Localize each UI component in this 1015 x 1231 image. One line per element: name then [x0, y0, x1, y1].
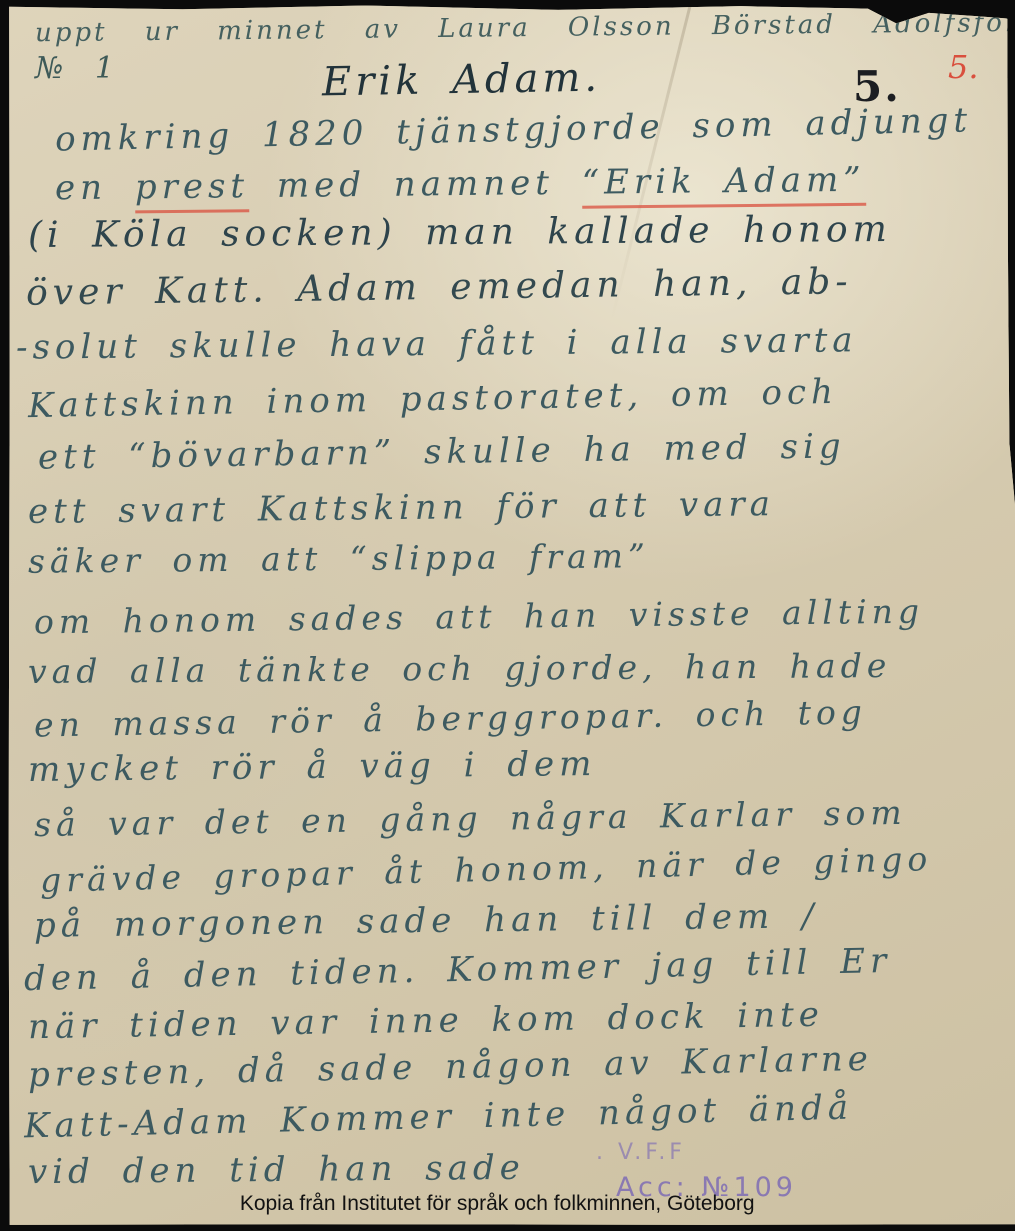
record-number: № 1 [35, 52, 119, 85]
text-segment: grävde gropar åt honom, när de gingo [40, 839, 933, 900]
text-segment: omkring 1820 tjänstgjorde som adjungt [55, 100, 973, 159]
manuscript-line: grävde gropar åt honom, när de gingo [40, 841, 933, 899]
text-segment: säker om att “slippa fram” [28, 536, 650, 580]
scanned-manuscript-page: uppt ur minnet av Laura Olsson Börstad A… [0, 0, 1015, 1231]
manuscript-line: en massa rör å berggropar. och tog [34, 694, 867, 743]
manuscript-line: ett “bövarbarn” skulle ha med sig [38, 428, 846, 477]
text-segment: med namnet [249, 163, 582, 206]
page-number-red: 5. [948, 48, 979, 86]
text-segment: den å den tiden. Kommer jag till Er [24, 941, 892, 999]
attribution-line: uppt ur minnet av Laura Olsson Börstad A… [35, 9, 1015, 48]
text-segment: Kattskinn inom pastoratet, om och [28, 372, 839, 426]
manuscript-line: om honom sades att han visste allting [34, 594, 924, 641]
text-segment: en [55, 167, 135, 208]
text-segment: ett svart Kattskinn för att vara [28, 484, 775, 532]
manuscript-line: mycket rör å väg i dem [28, 746, 597, 789]
copy-caption: Kopia från Institutet för språk och folk… [240, 1192, 755, 1216]
text-segment: så var det en gång några Karlar som [34, 793, 907, 844]
manuscript-line: Katt-Adam Kommer inte något ändå [24, 1090, 854, 1146]
manuscript-line: en prest med namnet “Erik Adam” [55, 162, 866, 208]
manuscript-line: (i Köla socken) man kallade honom [28, 210, 892, 256]
text-segment: (i Köla socken) man kallade honom [28, 209, 892, 256]
text-segment: -solut skulle hava fått i alla svarta [16, 320, 858, 367]
text-segment: på morgonen sade han till dem / [34, 896, 819, 946]
text-segment: om honom sades att han visste allting [34, 592, 924, 642]
red-underlined-text: prest [135, 166, 250, 213]
manuscript-line: omkring 1820 tjänstgjorde som adjungt [55, 102, 973, 159]
text-segment: över Katt. Adam emedan han, ab- [26, 261, 853, 314]
text-segment: ett “bövarbarn” skulle ha med sig [38, 426, 846, 477]
manuscript-line: över Katt. Adam emedan han, ab- [26, 262, 853, 313]
manuscript-line: -solut skulle hava fått i alla svarta [16, 322, 858, 367]
paper-sheet: uppt ur minnet av Laura Olsson Börstad A… [0, 0, 1015, 1231]
manuscript-line: vad alla tänkte och gjorde, han hade [28, 648, 892, 690]
manuscript-line: när tiden var inne kom dock inte [28, 997, 824, 1047]
manuscript-line: presten, då sade någon av Karlarne [28, 1041, 873, 1095]
manuscript-line: Kattskinn inom pastoratet, om och [28, 374, 838, 426]
red-underlined-text: “Erik Adam” [581, 160, 865, 209]
text-segment: presten, då sade någon av Karlarne [28, 1039, 873, 1095]
manuscript-line: säker om att “slippa fram” [28, 538, 650, 580]
archive-stamp-initials: . V.F.F [596, 1140, 686, 1165]
manuscript-line: så var det en gång några Karlar som [34, 795, 907, 843]
text-segment: mycket rör å väg i dem [28, 744, 597, 790]
manuscript-line: på morgonen sade han till dem / [34, 898, 819, 945]
text-segment: vid den tid han sade [28, 1148, 525, 1192]
manuscript-line: ett svart Kattskinn för att vara [28, 486, 775, 531]
text-segment: vad alla tänkte och gjorde, han hade [28, 646, 892, 691]
page-title: Erik Adam. [322, 56, 602, 105]
manuscript-line: vid den tid han sade [28, 1150, 525, 1192]
text-segment: Katt-Adam Kommer inte något ändå [24, 1088, 854, 1147]
text-segment: när tiden var inne kom dock inte [28, 995, 824, 1047]
text-segment: en massa rör å berggropar. och tog [34, 692, 867, 744]
manuscript-line: den å den tiden. Kommer jag till Er [24, 943, 892, 999]
